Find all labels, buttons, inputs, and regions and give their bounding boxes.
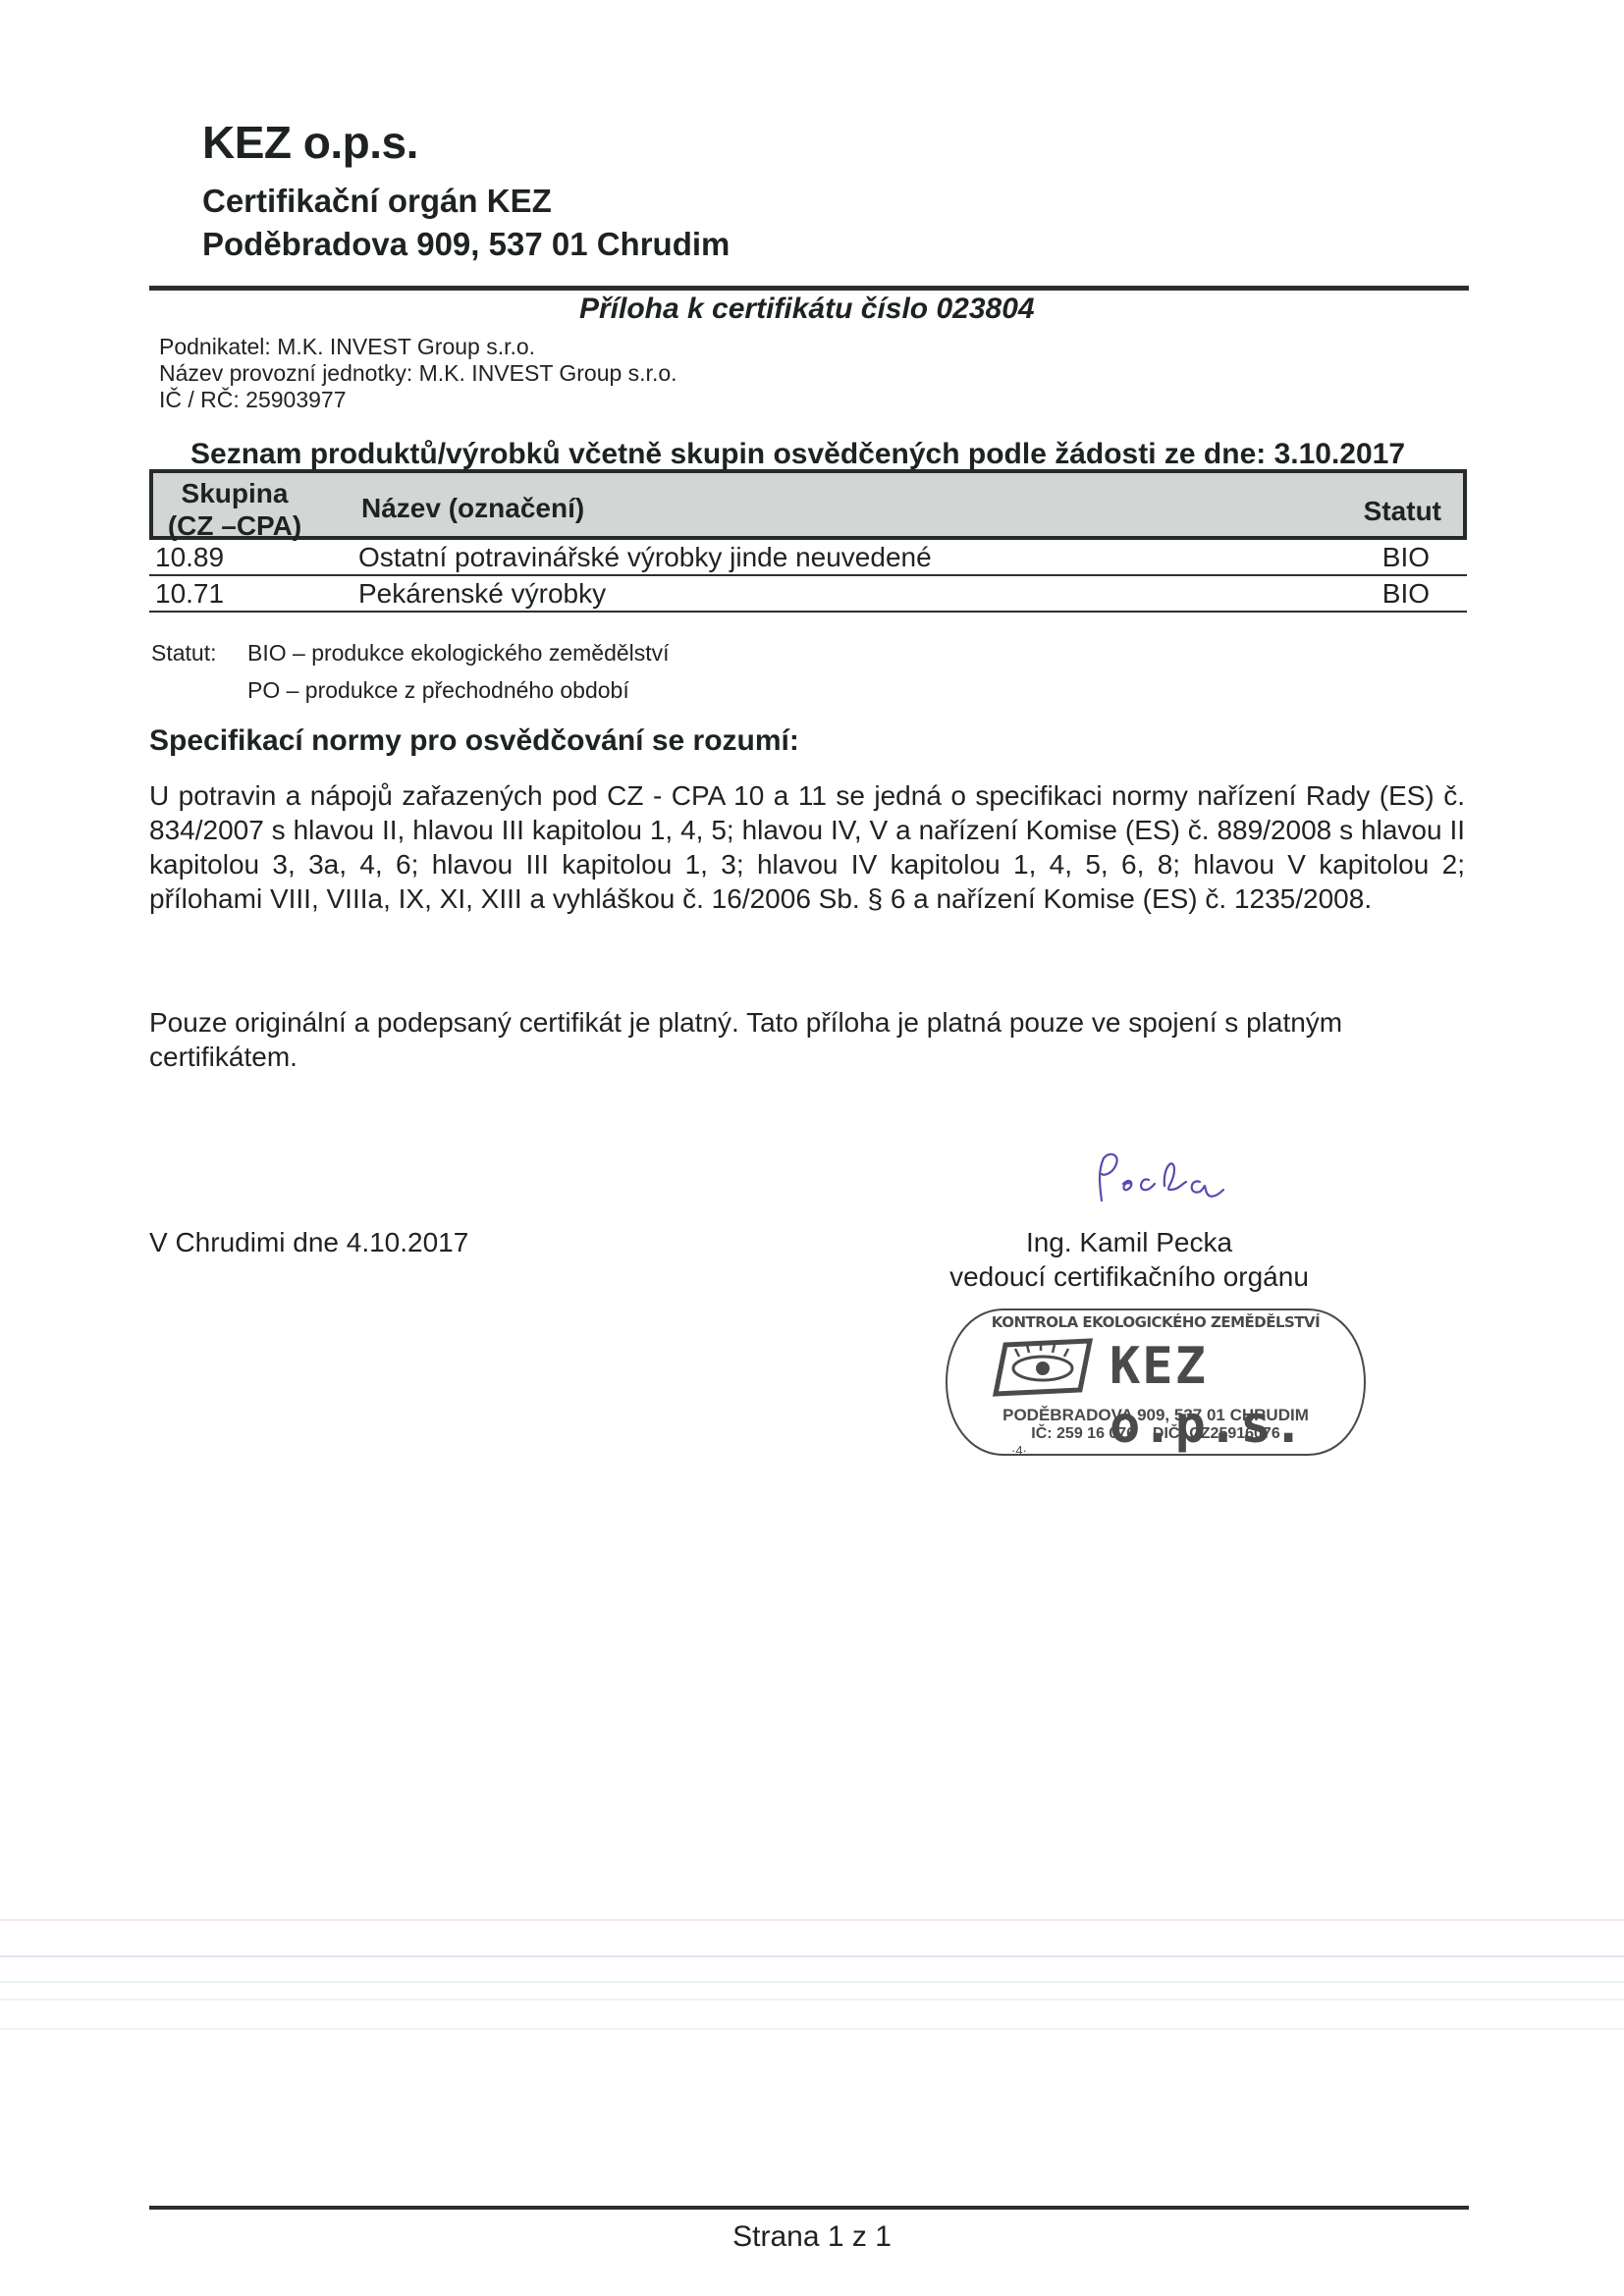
scan-artifact-line: [0, 1999, 1624, 2001]
validity-note: Pouze originální a podepsaný certifikát …: [149, 1005, 1465, 1074]
id-number: IČ / RČ: 25903977: [159, 387, 347, 413]
cell-group: 10.89: [155, 542, 224, 573]
scan-artifact-line: [0, 1919, 1624, 1921]
cell-status: BIO: [1382, 542, 1430, 573]
table-row: 10.89 Ostatní potravinářské výrobky jind…: [149, 540, 1467, 576]
stamp-ids: IČ: 259 16 076 DIČ: CZ25916076: [964, 1425, 1347, 1443]
footer-divider: [149, 2206, 1469, 2210]
organization-stamp: KONTROLA EKOLOGICKÉHO ZEMĚDĚLSTVÍ KEZ o.…: [945, 1304, 1367, 1461]
column-header-group-line1: Skupina: [161, 477, 308, 509]
signer-name: Ing. Kamil Pecka: [933, 1227, 1326, 1258]
product-list-title: Seznam produktů/výrobků včetně skupin os…: [190, 438, 1405, 471]
column-header-group: Skupina (CZ –CPA): [161, 477, 308, 542]
page-number: Strana 1 z 1: [0, 2220, 1624, 2254]
organization-address: Poděbradova 909, 537 01 Chrudim: [202, 226, 730, 263]
organization-name: KEZ o.p.s.: [202, 116, 418, 169]
stamp-address: PODĚBRADOVA 909, 537 01 CHRUDIM: [964, 1406, 1347, 1425]
scan-artifact-line: [0, 2028, 1624, 2030]
table-row: 10.71 Pekárenské výrobky BIO: [149, 576, 1467, 613]
cell-group: 10.71: [155, 578, 224, 610]
cell-name: Ostatní potravinářské výrobky jinde neuv…: [358, 542, 932, 573]
scan-artifact-line: [0, 1955, 1624, 1957]
status-legend-item: PO – produkce z přechodného období: [247, 677, 629, 704]
stamp-number: ·4·: [1011, 1443, 1027, 1458]
stamp-top-text: KONTROLA EKOLOGICKÉHO ZEMĚDĚLSTVÍ: [984, 1313, 1327, 1331]
column-header-name: Název (označení): [361, 493, 584, 524]
department-name: Certifikační orgán KEZ: [202, 183, 552, 220]
header-divider: [149, 286, 1469, 291]
entrepreneur: Podnikatel: M.K. INVEST Group s.r.o.: [159, 334, 535, 360]
signer-role: vedoucí certifikačního orgánu: [933, 1261, 1326, 1293]
column-header-status: Statut: [1364, 496, 1441, 527]
annex-title: Příloha k certifikátu číslo 023804: [579, 293, 1035, 326]
status-legend-item: BIO – produkce ekologického zemědělství: [247, 640, 670, 667]
status-legend-label: Statut:: [151, 640, 216, 667]
specification-heading: Specifikací normy pro osvědčování se roz…: [149, 724, 799, 758]
signature-icon: [1080, 1147, 1257, 1215]
scan-artifact-line: [0, 1981, 1624, 1983]
product-table: Skupina (CZ –CPA) Název (označení) Statu…: [149, 469, 1467, 613]
column-header-group-line2: (CZ –CPA): [161, 509, 308, 542]
unit-name: Název provozní jednotky: M.K. INVEST Gro…: [159, 360, 677, 387]
cell-name: Pekárenské výrobky: [358, 578, 606, 610]
table-header: Skupina (CZ –CPA) Název (označení) Statu…: [149, 469, 1467, 540]
cell-status: BIO: [1382, 578, 1430, 610]
eye-logo-icon: [996, 1341, 1090, 1394]
place-and-date: V Chrudimi dne 4.10.2017: [149, 1227, 468, 1258]
specification-text: U potravin a nápojů zařazených pod CZ - …: [149, 778, 1465, 916]
